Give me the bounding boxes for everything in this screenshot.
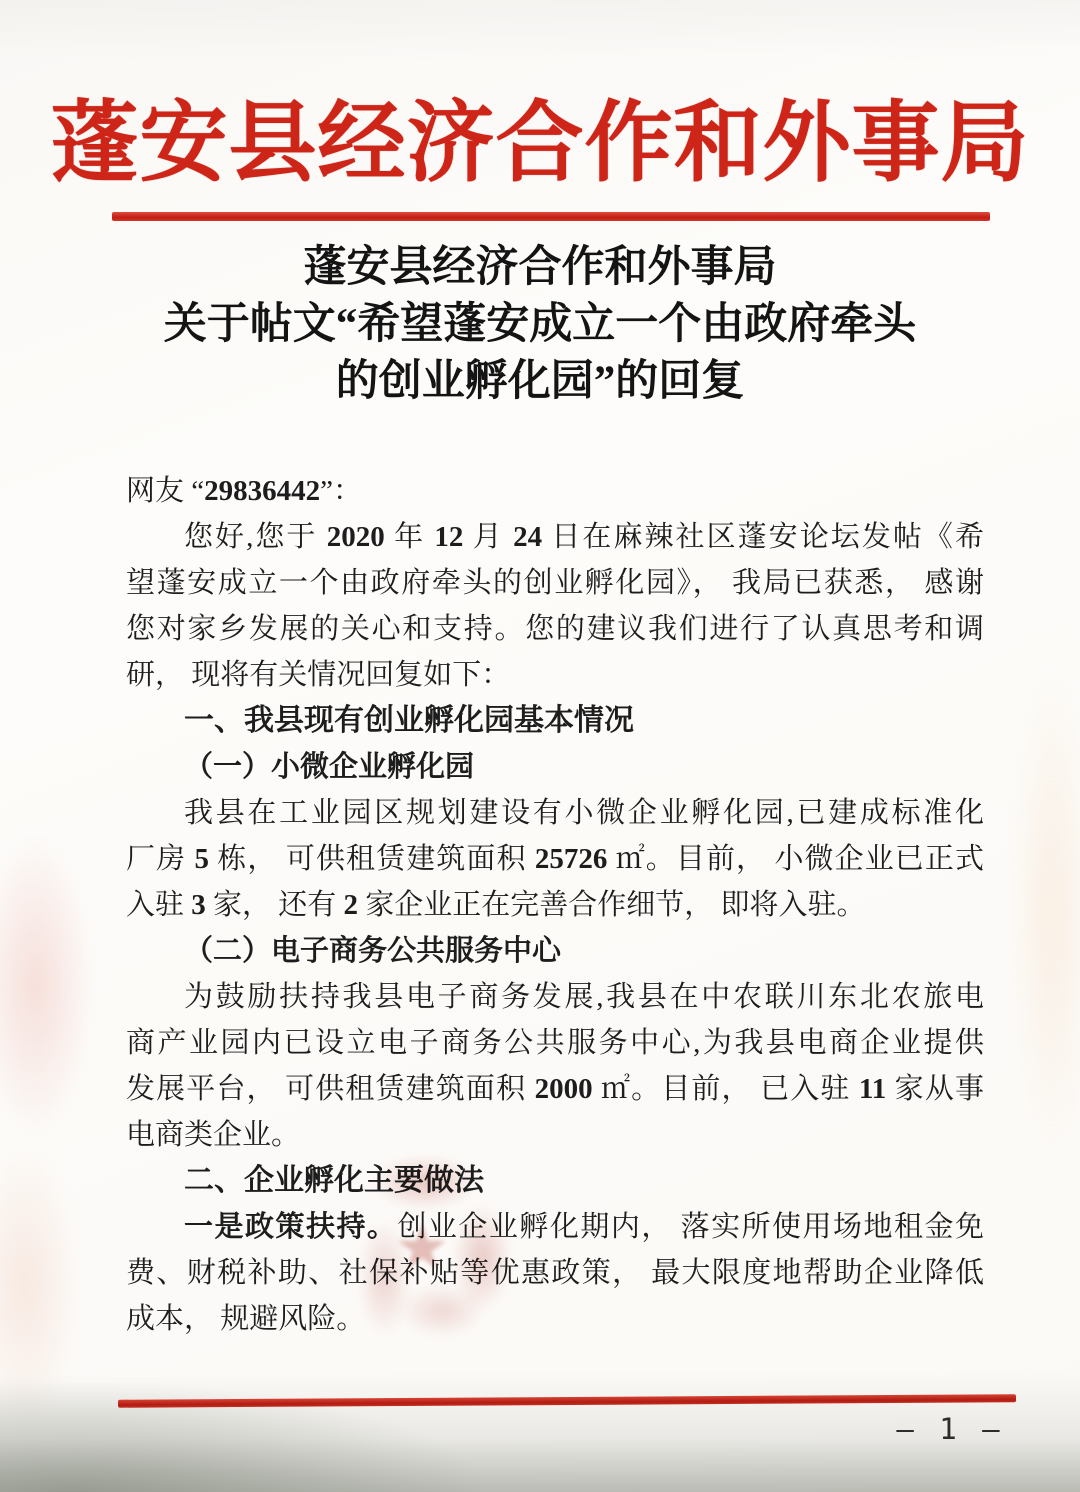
body-line: 我县在工业园区规划建设有小微企业孵化园,已建成标准化 <box>126 790 984 836</box>
body-line: 入驻 3 家， 还有 2 家企业正在完善合作细节， 即将入驻。 <box>126 882 984 928</box>
body-line: 网友 “29836442”： <box>126 468 984 514</box>
body-line: 您好,您于 2020 年 12 月 24 日在麻辣社区蓬安论坛发帖《希 <box>126 514 984 560</box>
document-title-line-3: 的创业孵化园”的回复 <box>0 353 1080 410</box>
document-title-line-2: 关于帖文“希望蓬安成立一个由政府牵头 <box>0 296 1080 353</box>
body-line: 成本， 规避风险。 <box>126 1296 984 1342</box>
letterhead-title: 蓬安县经济合作和外事局 <box>0 84 1080 206</box>
body-line: （一）小微企业孵化园 <box>126 744 984 790</box>
document-title: 蓬安县经济合作和外事局 关于帖文“希望蓬安成立一个由政府牵头 的创业孵化园”的回… <box>0 239 1080 410</box>
body-line: 为鼓励扶持我县电子商务发展,我县在中农联川东北农旅电 <box>126 974 984 1020</box>
document-body: 网友 “29836442”：您好,您于 2020 年 12 月 24 日在麻辣社… <box>126 468 984 1342</box>
letterhead-divider <box>112 212 990 221</box>
body-line: 发展平台， 可供租赁建筑面积 2000 ㎡。目前， 已入驻 11 家从事 <box>126 1066 984 1112</box>
page-number: — 1 — <box>870 1412 1030 1446</box>
body-line: 一、我县现有创业孵化园基本情况 <box>126 698 984 744</box>
body-line: 费、财税补助、社保补贴等优惠政策， 最大限度地帮助企业降低 <box>126 1250 984 1296</box>
body-line: 望蓬安成立一个由政府牵头的创业孵化园》， 我局已获悉， 感谢 <box>126 560 984 606</box>
scan-shade-top <box>0 0 1080 60</box>
scan-shade-right-warm <box>1010 650 1080 1170</box>
scan-shade-left-pink-2 <box>0 1140 80 1430</box>
body-line: 研， 现将有关情况回复如下： <box>126 652 984 698</box>
scan-shade-left-pink <box>0 830 95 1140</box>
document-title-line-1: 蓬安县经济合作和外事局 <box>0 239 1080 296</box>
footer-divider <box>118 1394 1016 1407</box>
body-line: 电商类企业。 <box>126 1112 984 1158</box>
body-line: 二、企业孵化主要做法 <box>126 1158 984 1204</box>
body-line: 厂房 5 栋， 可供租赁建筑面积 25726 ㎡。目前， 小微企业已正式 <box>126 836 984 882</box>
body-line: 您对家乡发展的关心和支持。您的建议我们进行了认真思考和调 <box>126 606 984 652</box>
body-line: 商产业园内已设立电子商务公共服务中心,为我县电商企业提供 <box>126 1020 984 1066</box>
document-page: 蓬安县经济合作和外事局 蓬安县经济合作和外事局 关于帖文“希望蓬安成立一个由政府… <box>0 0 1080 1492</box>
body-line: （二）电子商务公共服务中心 <box>126 928 984 974</box>
body-line: 一是政策扶持。创业企业孵化期内， 落实所使用场地租金免 <box>126 1204 984 1250</box>
